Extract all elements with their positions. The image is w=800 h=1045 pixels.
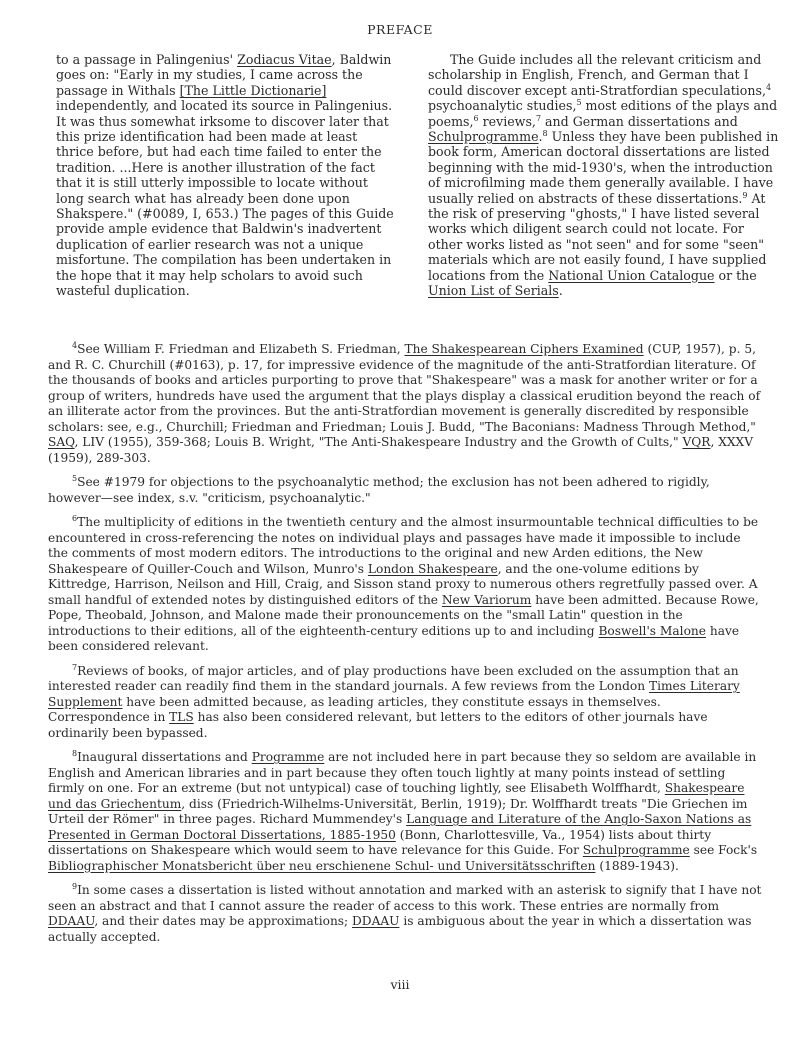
text: Inaugural dissertations and	[77, 750, 252, 764]
text: independently, and located its source in…	[56, 98, 394, 298]
title: The Shakespearean Ciphers Examined	[404, 342, 643, 356]
title: VQR	[682, 435, 710, 449]
left-paragraph: to a passage in Palingenius' Zodiacus Vi…	[56, 52, 396, 299]
footnote-6: 6The multiplicity of editions in the twe…	[48, 515, 764, 655]
footnote-8: 8Inaugural dissertations and Programme a…	[48, 750, 764, 874]
title-union-list-of-serials: Union List of Serials	[428, 283, 559, 298]
text: , LIV (1955), 359-368; Louis B. Wright, …	[75, 435, 683, 449]
title-national-union-catalogue: National Union Catalogue	[548, 268, 714, 283]
title: Schulprogramme	[583, 843, 690, 857]
text: to a passage in Palingenius'	[56, 52, 237, 67]
footnote-7: 7Reviews of books, of major articles, an…	[48, 664, 764, 742]
text: psychoanalytic studies,	[428, 98, 576, 113]
text: Reviews of books, of major articles, and…	[48, 664, 739, 694]
title: Boswell's Malone	[598, 624, 706, 638]
right-paragraph: The Guide includes all the relevant crit…	[428, 52, 780, 299]
title: New Variorum	[442, 593, 531, 607]
title: DDAAU	[352, 914, 399, 928]
footnote-9: 9In some cases a dissertation is listed …	[48, 883, 764, 945]
footnote-5: 5See #1979 for objections to the psychoa…	[48, 475, 764, 506]
title: TLS	[169, 710, 194, 724]
title-zodiacus-vitae: Zodiacus Vitae	[237, 52, 331, 67]
term-schulprogramme: Schulprogramme	[428, 129, 539, 144]
title: London Shakespeare	[368, 562, 498, 576]
footnote-ref-4[interactable]: 4	[766, 83, 771, 92]
title: Programme	[252, 750, 325, 764]
title: Bibliographischer Monatsbericht über neu…	[48, 859, 595, 873]
body-column-right: The Guide includes all the relevant crit…	[428, 52, 780, 299]
footnote-4: 4See William F. Friedman and Elizabeth S…	[48, 342, 764, 466]
page-header: PREFACE	[0, 22, 800, 37]
text: or the	[715, 268, 757, 283]
page-number: viii	[0, 977, 800, 992]
title: DDAAU	[48, 914, 94, 928]
footnotes-section: 4See William F. Friedman and Elizabeth S…	[48, 342, 764, 954]
title-little-dictionarie: [The Little Dictionarie]	[180, 83, 327, 98]
text: .	[559, 283, 563, 298]
text: (1889-1943).	[595, 859, 678, 873]
title: SAQ	[48, 435, 75, 449]
text: The Guide includes all the relevant crit…	[428, 52, 766, 98]
text: , and their dates may be approximations;	[94, 914, 352, 928]
text: See William F. Friedman and Elizabeth S.…	[77, 342, 404, 356]
body-column-left: to a passage in Palingenius' Zodiacus Vi…	[56, 52, 396, 299]
text: In some cases a dissertation is listed w…	[48, 883, 761, 913]
text: reviews,	[479, 114, 536, 129]
text: see Fock's	[690, 843, 757, 857]
text: See #1979 for objections to the psychoan…	[48, 475, 710, 505]
text: and German dissertations and	[541, 114, 738, 129]
